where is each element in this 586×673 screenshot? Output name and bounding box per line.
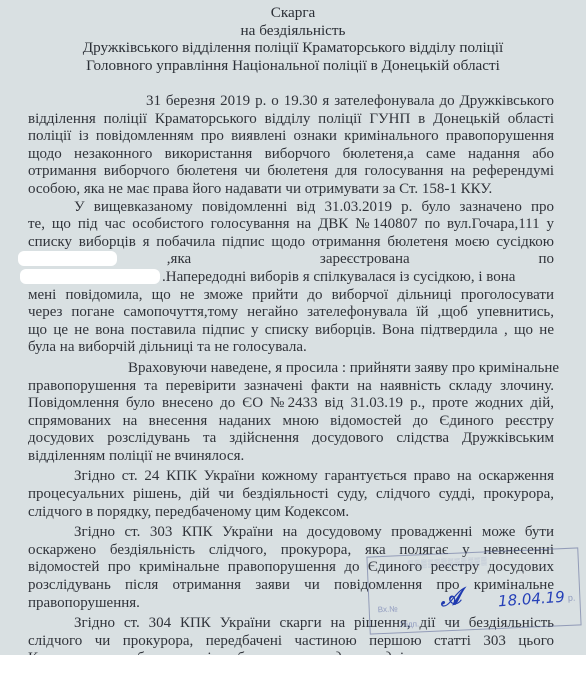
text-line: поліції із повідомленням про виявлені оз… <box>28 128 554 146</box>
text-line: отримання виборчого бюлетеня чи бюлетеня… <box>28 163 554 181</box>
text-line: те, що під час особистого голосування на… <box>28 216 554 234</box>
handwritten-signature-icon: 𝒜 <box>438 584 462 613</box>
text-line: правопорушення та перевірити зазначені ф… <box>28 378 554 396</box>
paragraph-3: Враховуючи наведене, я просила : прийнят… <box>28 360 554 466</box>
redaction-mark <box>18 251 117 266</box>
text-line: слідчого чи прокурора, передбачені части… <box>28 633 554 651</box>
addressee-line-1: Дружківського відділення поліції Крамато… <box>0 39 586 57</box>
text-line-redacted: .Напередодні виборів я спілкувалася із с… <box>28 269 554 287</box>
text-line: Повідомлення було внесено до ЄО №2433 ві… <box>28 395 554 413</box>
paragraph-4: Згідно ст. 24 КПК України кожному гарант… <box>28 468 554 521</box>
text-line-redacted: ,яка зареєстрована по <box>28 251 554 269</box>
text-fragment: ,яка зареєстрована по <box>167 251 554 269</box>
text-line: відділення поліції Краматорського відділ… <box>28 111 554 129</box>
text-line: особою, яка не має права його надавати ч… <box>28 181 554 199</box>
document-title: Скарга <box>0 4 586 22</box>
document-header: Скарга на бездіяльність Дружківського ві… <box>0 0 586 74</box>
document-subtitle: на бездіяльність <box>0 22 586 40</box>
text-fragment: Кодексу, можуть бути подані особою <box>28 650 267 655</box>
redaction-mark <box>20 269 160 284</box>
text-line: відділенням поліції не вчинялося. <box>28 448 554 466</box>
text-line: мені повідомила, що не зможе прийти до в… <box>28 287 554 305</box>
text-line: У вищевказаному повідомленні від 31.03.2… <box>28 199 554 217</box>
text-line: через погане самопочуття,тому негайно за… <box>28 304 554 322</box>
text-line: спрямованих на внесення наданих мною від… <box>28 413 554 431</box>
text-line: Згідно ст. 303 КПК України на досудовому… <box>28 524 554 542</box>
stamp-faded-text: ▒▒▒▒▒▒▒▒▒▒▒▒ <box>408 556 488 568</box>
text-line: була на виборчій дільниці та не голосува… <box>28 339 554 357</box>
text-fragment-italic: протягом десяти днів з моме <box>267 650 455 655</box>
text-line: щодо незаконного використання виборчого … <box>28 146 554 164</box>
text-line: процесуальних рішень, дій чи бездіяльнос… <box>28 486 554 504</box>
stamp-year-suffix: р. <box>568 593 576 603</box>
addressee-line-2: Головного управління Національної поліці… <box>0 57 586 75</box>
text-line: що це не вона поставила підпис у списку … <box>28 322 554 340</box>
text-line: Кодексу, можуть бути подані особою протя… <box>28 650 554 655</box>
text-line: списку виборців я побачила підпис щодо о… <box>28 234 554 252</box>
text-line: Враховуючи наведене, я просила : прийнят… <box>28 360 554 378</box>
text-line: Згідно ст. 24 КПК України кожному гарант… <box>28 468 554 486</box>
paragraph-2: У вищевказаному повідомленні від 31.03.2… <box>28 199 554 357</box>
scanned-page: Скарга на бездіяльність Дружківського ві… <box>0 0 586 655</box>
stamp-incoming-label: Вх.№ <box>378 604 398 614</box>
text-fragment: .Напередодні виборів я спілкувалася із с… <box>162 269 515 287</box>
text-line: досудових розслідувань та здійснення дос… <box>28 430 554 448</box>
text-line: слідчого в порядку, передбаченому цим Ко… <box>28 504 554 522</box>
stamp-signature-label: Підп. <box>400 619 419 629</box>
text-line: 31 березня 2019 р. о 19.30 я зателефонув… <box>28 93 554 111</box>
paragraph-1: 31 березня 2019 р. о 19.30 я зателефонув… <box>28 93 554 199</box>
